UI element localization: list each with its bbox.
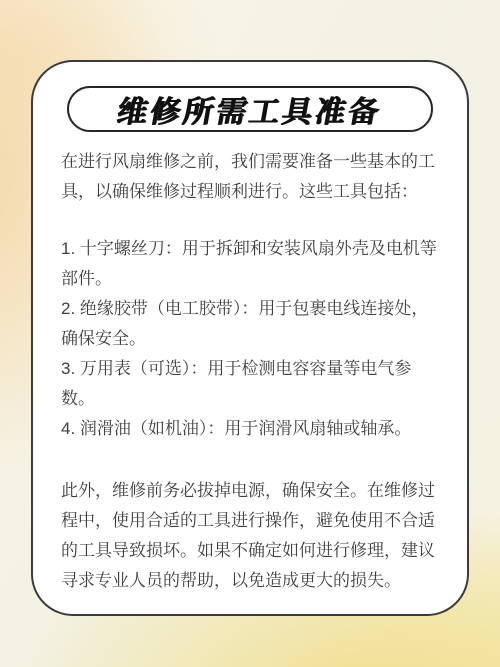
safety-note-paragraph: 此外，维修前务必拔掉电源，确保安全。在维修过程中，使用合适的工具进行操作，避免使… xyxy=(61,476,439,596)
intro-paragraph: 在进行风扇维修之前，我们需要准备一些基本的工具，以确保维修过程顺利进行。这些工具… xyxy=(61,147,439,207)
tool-item-insulating-tape: 2. 绝缘胶带（电工胶带）：用于包裹电线连接处，确保安全。 xyxy=(61,294,439,354)
tool-item-multimeter: 3. 万用表（可选）：用于检测电容容量等电气参数。 xyxy=(61,354,439,414)
tool-item-screwdriver: 1. 十字螺丝刀：用于拆卸和安装风扇外壳及电机等部件。 xyxy=(61,234,439,294)
title-pill: 维修所需工具准备 xyxy=(67,86,433,132)
tool-item-lubricant: 4. 润滑油（如机油）：用于润滑风扇轴或轴承。 xyxy=(61,414,439,444)
content-card: 维修所需工具准备 在进行风扇维修之前，我们需要准备一些基本的工具，以确保维修过程… xyxy=(31,60,469,616)
page-title: 维修所需工具准备 xyxy=(114,87,386,131)
page-background: 维修所需工具准备 在进行风扇维修之前，我们需要准备一些基本的工具，以确保维修过程… xyxy=(0,0,500,667)
tool-list: 1. 十字螺丝刀：用于拆卸和安装风扇外壳及电机等部件。 2. 绝缘胶带（电工胶带… xyxy=(61,234,439,444)
card-body: 在进行风扇维修之前，我们需要准备一些基本的工具，以确保维修过程顺利进行。这些工具… xyxy=(33,132,467,596)
